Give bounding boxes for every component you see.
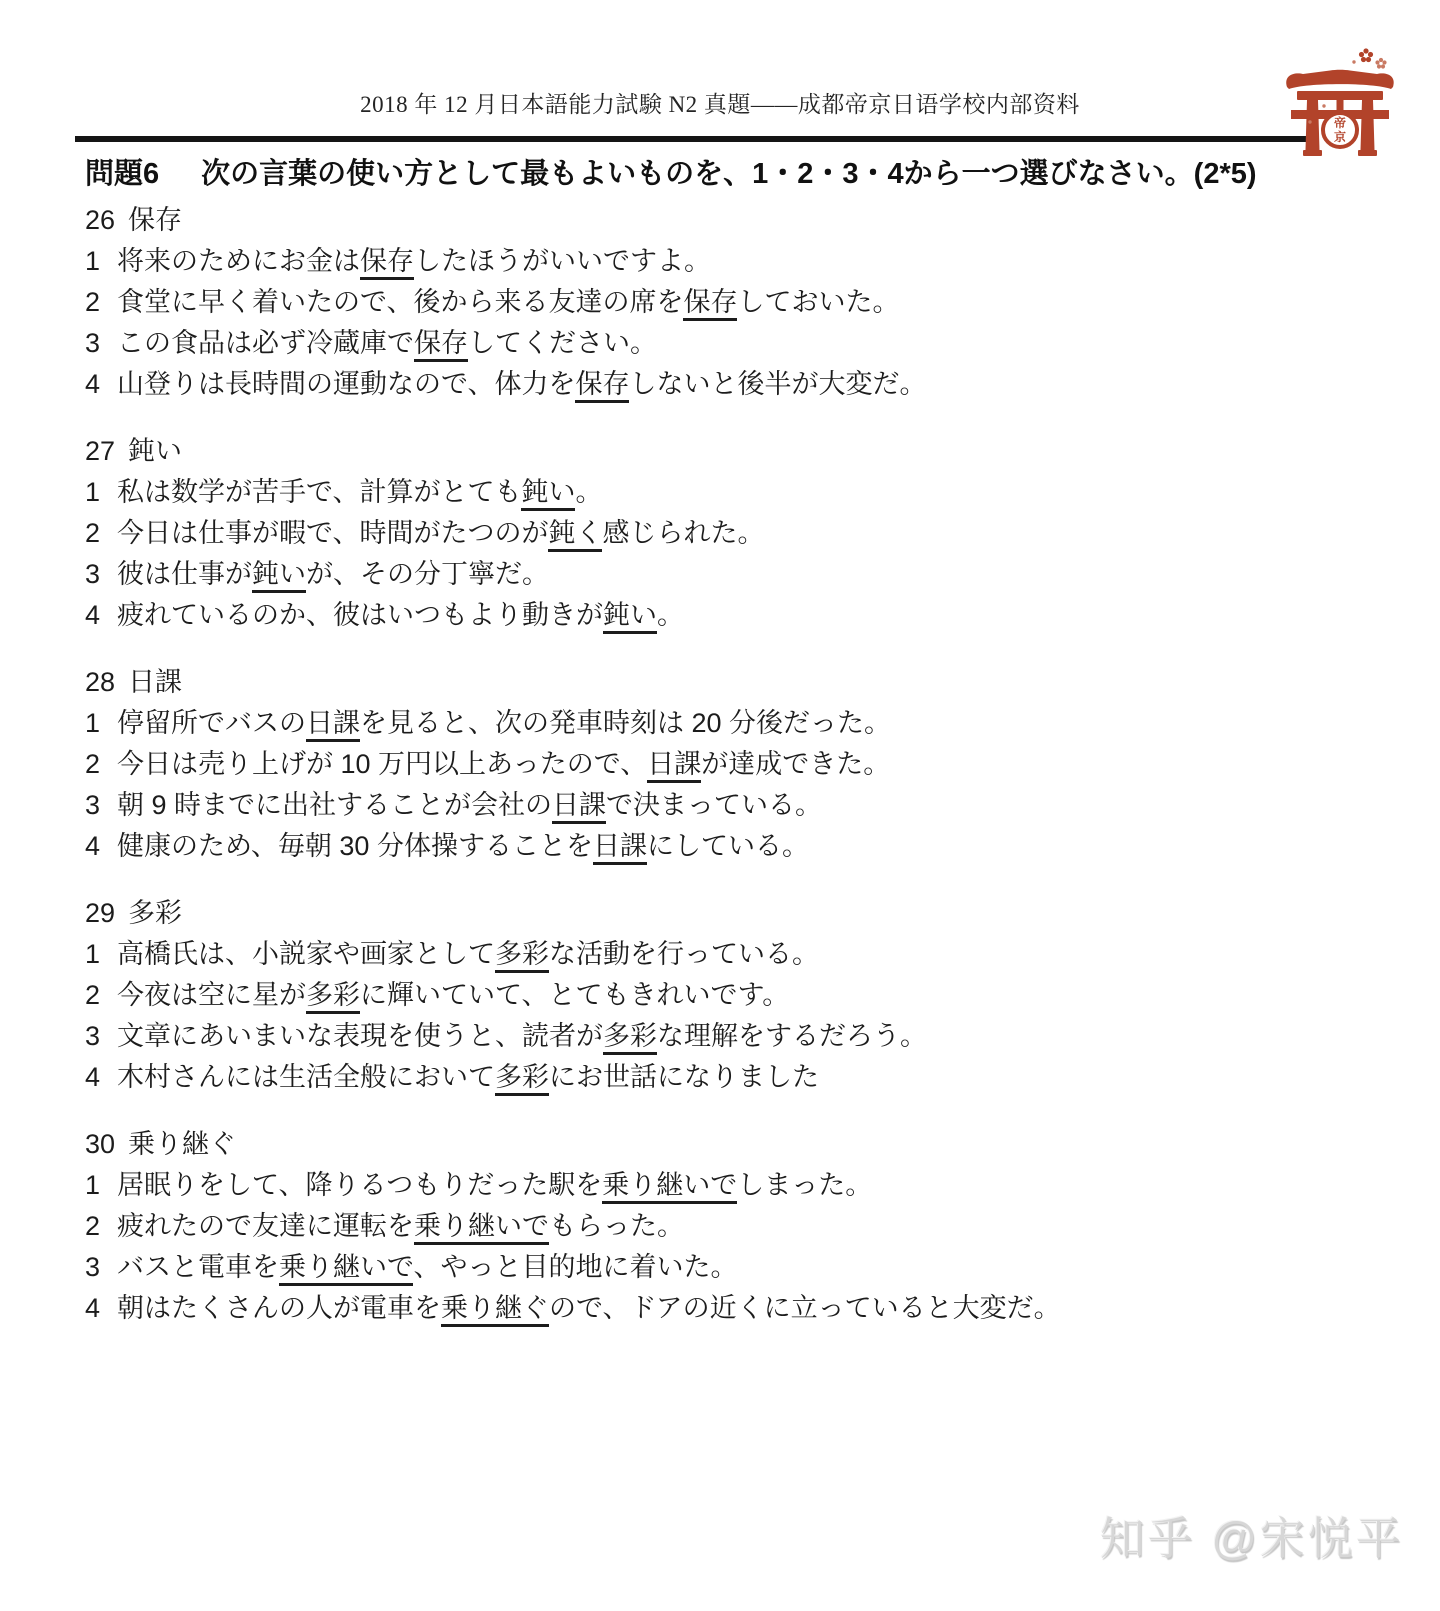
option-number: 2 [85,513,108,554]
sentence-segment: 、やっと目的地に着いた。 [413,1252,737,1282]
option-sentence: 将来のためにお金は保存したほうがいいですよ。 [117,246,711,280]
sentence-segment: 高橋氏は、小説家や画家として [117,939,495,969]
option-sentence: 今日は仕事が暇で、時間がたつのが鈍く感じられた。 [117,518,764,552]
option-sentence: 私は数学が苦手で、計算がとても鈍い。 [117,477,602,511]
underlined-keyword: 保存 [360,246,414,280]
option-sentence: 食堂に早く着いたので、後から来る友達の席を保存しておいた。 [117,287,899,321]
sentence-segment: な活動を行っている。 [549,939,819,969]
underlined-keyword: 多彩 [603,1021,657,1055]
option-number: 4 [85,595,108,636]
option-28-3: 3朝 9 時までに出社することが会社の日課で決まっている。 [85,785,1390,826]
option-sentence: 文章にあいまいな表現を使うと、読者が多彩な理解をするだろう。 [117,1021,927,1055]
option-sentence: 疲れているのか、彼はいつもより動きが鈍い。 [117,600,684,634]
option-sentence: 高橋氏は、小説家や画家として多彩な活動を行っている。 [117,939,819,973]
zhihu-watermark: 知乎 @宋悦平 [1100,1502,1404,1567]
sentence-segment: を見ると、次の発車時刻は 20 分後だった。 [360,708,891,738]
sentence-segment: にしている。 [647,831,809,861]
sentence-segment: 今夜は空に星が [117,980,306,1010]
question-26: 26保存1将来のためにお金は保存したほうがいいですよ。2食堂に早く着いたので、後… [85,200,1390,405]
option-number: 3 [85,785,108,826]
option-number: 4 [85,1057,108,1098]
option-27-3: 3彼は仕事が鈍いが、その分丁寧だ。 [85,554,1390,595]
question-label: 27鈍い [85,431,1390,472]
sentence-segment: 停留所でバスの [117,708,306,738]
sakura-petal [1322,104,1325,107]
underlined-keyword: 日課 [306,708,360,742]
option-number: 1 [85,472,108,513]
option-sentence: 停留所でバスの日課を見ると、次の発車時刻は 20 分後だった。 [117,708,891,742]
underlined-keyword: 乗り継いで [602,1170,737,1204]
sentence-segment: 食堂に早く着いたので、後から来る友達の席を [117,287,683,317]
option-sentence: 疲れたので友達に運転を乗り継いでもらった。 [117,1211,684,1245]
header-divider-rule [75,136,1311,142]
option-number: 2 [85,744,108,785]
question-target-word: 多彩 [128,898,182,928]
option-30-1: 1居眠りをして、降りるつもりだった駅を乗り継いでしまった。 [85,1165,1390,1206]
option-26-3: 3この食品は必ず冷蔵庫で保存してください。 [85,323,1390,364]
question-label: 26保存 [85,200,1390,241]
option-26-2: 2食堂に早く着いたので、後から来る友達の席を保存しておいた。 [85,282,1390,323]
sentence-segment: 山登りは長時間の運動なので、体力を [117,369,575,399]
page-header-title: 2018 年 12 月日本語能力試験 N2 真題——成都帝京日语学校内部资料 [0,0,1440,119]
sentence-segment: 。 [657,600,684,630]
option-sentence: 木村さんには生活全般において多彩にお世話になりました [117,1062,819,1096]
sentence-segment: 感じられた。 [602,518,764,548]
sentence-segment: 朝はたくさんの人が電車を [117,1293,441,1323]
sentence-segment: が、その分丁寧だ。 [306,559,549,589]
option-26-4: 4山登りは長時間の運動なので、体力を保存しないと後半が大変だ。 [85,364,1390,405]
sentence-segment: 将来のためにお金は [117,246,360,276]
question-number: 29 [85,898,115,928]
option-number: 4 [85,364,108,405]
sentence-segment: しないと後半が大変だ。 [629,369,926,399]
sentence-segment: で決まっている。 [606,790,822,820]
option-number: 4 [85,1288,108,1329]
option-sentence: 朝 9 時までに出社することが会社の日課で決まっている。 [117,790,822,824]
underlined-keyword: 保存 [414,328,468,362]
option-29-3: 3文章にあいまいな表現を使うと、読者が多彩な理解をするだろう。 [85,1016,1390,1057]
sentence-segment: 疲れたので友達に運転を [117,1211,414,1241]
question-number: 27 [85,436,115,466]
option-26-1: 1将来のためにお金は保存したほうがいいですよ。 [85,241,1390,282]
underlined-keyword: 多彩 [495,939,549,973]
sakura-petal [1308,120,1311,123]
sakura-petal [1352,60,1355,63]
underlined-keyword: 保存 [683,287,737,321]
option-30-2: 2疲れたので友達に運転を乗り継いでもらった。 [85,1206,1390,1247]
underlined-keyword: 多彩 [306,980,360,1014]
logo-emblem-char-top: 帝 [1334,115,1346,130]
option-sentence: 健康のため、毎朝 30 分体操することを日課にしている。 [117,831,809,865]
sentence-segment: に輝いていて、とてもきれいです。 [360,980,789,1010]
underlined-keyword: 多彩 [495,1062,549,1096]
question-number: 28 [85,667,115,697]
option-number: 2 [85,282,108,323]
sentence-segment: この食品は必ず冷蔵庫で [117,328,414,358]
question-30: 30乗り継ぐ1居眠りをして、降りるつもりだった駅を乗り継いでしまった。2疲れたの… [85,1124,1390,1329]
underlined-keyword: 鈍い [603,600,657,634]
option-29-2: 2今夜は空に星が多彩に輝いていて、とてもきれいです。 [85,975,1390,1016]
question-28: 28日課1停留所でバスの日課を見ると、次の発車時刻は 20 分後だった。2今日は… [85,662,1390,867]
sakura-blossom-icon [1375,58,1386,69]
underlined-keyword: 保存 [575,369,629,403]
question-29: 29多彩1高橋氏は、小説家や画家として多彩な活動を行っている。2今夜は空に星が多… [85,893,1390,1098]
option-29-4: 4木村さんには生活全般において多彩にお世話になりました [85,1057,1390,1098]
underlined-keyword: 日課 [647,749,701,783]
sentence-segment: 。 [575,477,602,507]
option-number: 3 [85,1016,108,1057]
question-number: 26 [85,205,115,235]
logo-emblem-char-bottom: 京 [1334,129,1346,144]
question-27: 27鈍い1私は数学が苦手で、計算がとても鈍い。2今日は仕事が暇で、時間がたつのが… [85,431,1390,636]
option-number: 3 [85,323,108,364]
option-sentence: 居眠りをして、降りるつもりだった駅を乗り継いでしまった。 [117,1170,872,1204]
underlined-keyword: 鈍い [252,559,306,593]
option-sentence: 朝はたくさんの人が電車を乗り継ぐので、ドアの近くに立っていると大変だ。 [117,1293,1061,1327]
sentence-segment: が達成できた。 [701,749,890,779]
option-number: 1 [85,241,108,282]
section-heading-number: 問題6 [85,158,159,190]
sentence-segment: 朝 9 時までに出社することが会社の [117,790,552,820]
option-30-3: 3バスと電車を乗り継いで、やっと目的地に着いた。 [85,1247,1390,1288]
underlined-keyword: 乗り継いで [414,1211,549,1245]
underlined-keyword: 鈍い [521,477,575,511]
option-number: 3 [85,554,108,595]
option-sentence: 今日は売り上げが 10 万円以上あったので、日課が達成できた。 [117,749,890,783]
option-number: 3 [85,1247,108,1288]
sentence-segment: しておいた。 [737,287,899,317]
question-target-word: 保存 [128,205,182,235]
sentence-segment: な理解をするだろう。 [657,1021,927,1051]
option-27-4: 4疲れているのか、彼はいつもより動きが鈍い。 [85,595,1390,636]
sentence-segment: したほうがいいですよ。 [414,246,711,276]
sentence-segment: バスと電車を [117,1252,279,1282]
underlined-keyword: 乗り継ぐ [441,1293,549,1327]
sentence-segment: 今日は売り上げが 10 万円以上あったので、 [117,749,647,779]
option-number: 1 [85,934,108,975]
sentence-segment: 今日は仕事が暇で、時間がたつのが [117,518,548,548]
option-27-2: 2今日は仕事が暇で、時間がたつのが鈍く感じられた。 [85,513,1390,554]
option-28-4: 4健康のため、毎朝 30 分体操することを日課にしている。 [85,826,1390,867]
option-sentence: 山登りは長時間の運動なので、体力を保存しないと後半が大変だ。 [117,369,926,403]
question-label: 28日課 [85,662,1390,703]
question-target-word: 鈍い [128,436,182,466]
sentence-segment: しまった。 [737,1170,872,1200]
sentence-segment: 彼は仕事が [117,559,252,589]
teikyo-torii-logo: 帝 京 [1280,46,1400,166]
option-28-2: 2今日は売り上げが 10 万円以上あったので、日課が達成できた。 [85,744,1390,785]
section-heading-instruction: 次の言葉の使い方として最もよいものを、1・2・3・4から一つ選びなさい。(2*5… [201,158,1256,190]
question-target-word: 日課 [128,667,182,697]
option-number: 1 [85,703,108,744]
option-number: 4 [85,826,108,867]
sentence-segment: 疲れているのか、彼はいつもより動きが [117,600,603,630]
exam-page-content: 問題6次の言葉の使い方として最もよいものを、1・2・3・4から一つ選びなさい。(… [85,151,1390,1329]
question-label: 29多彩 [85,893,1390,934]
option-number: 2 [85,1206,108,1247]
sentence-segment: してください。 [468,328,657,358]
option-sentence: 今夜は空に星が多彩に輝いていて、とてもきれいです。 [117,980,789,1014]
option-30-4: 4朝はたくさんの人が電車を乗り継ぐので、ドアの近くに立っていると大変だ。 [85,1288,1390,1329]
sentence-segment: 健康のため、毎朝 30 分体操することを [117,831,593,861]
underlined-keyword: 乗り継いで [279,1252,413,1286]
option-number: 2 [85,975,108,1016]
sentence-segment: 居眠りをして、降りるつもりだった駅を [117,1170,602,1200]
sentence-segment: 木村さんには生活全般において [117,1062,495,1092]
underlined-keyword: 日課 [552,790,606,824]
sentence-segment: 私は数学が苦手で、計算がとても [117,477,521,507]
option-29-1: 1高橋氏は、小説家や画家として多彩な活動を行っている。 [85,934,1390,975]
option-sentence: この食品は必ず冷蔵庫で保存してください。 [117,328,657,362]
option-sentence: 彼は仕事が鈍いが、その分丁寧だ。 [117,559,549,593]
section-heading: 問題6次の言葉の使い方として最もよいものを、1・2・3・4から一つ選びなさい。(… [85,151,1390,192]
option-27-1: 1私は数学が苦手で、計算がとても鈍い。 [85,472,1390,513]
question-label: 30乗り継ぐ [85,1124,1390,1165]
sentence-segment: もらった。 [549,1211,684,1241]
questions-list: 26保存1将来のためにお金は保存したほうがいいですよ。2食堂に早く着いたので、後… [85,200,1390,1329]
option-28-1: 1停留所でバスの日課を見ると、次の発車時刻は 20 分後だった。 [85,703,1390,744]
option-number: 1 [85,1165,108,1206]
underlined-keyword: 日課 [593,831,647,865]
underlined-keyword: 鈍く [548,518,602,552]
sentence-segment: 文章にあいまいな表現を使うと、読者が [117,1021,603,1051]
question-number: 30 [85,1129,115,1159]
sentence-segment: ので、ドアの近くに立っていると大変だ。 [549,1293,1061,1323]
option-sentence: バスと電車を乗り継いで、やっと目的地に着いた。 [117,1252,737,1286]
sentence-segment: にお世話になりました [549,1062,819,1092]
sakura-blossom-icon [1359,48,1373,62]
question-target-word: 乗り継ぐ [128,1129,236,1159]
